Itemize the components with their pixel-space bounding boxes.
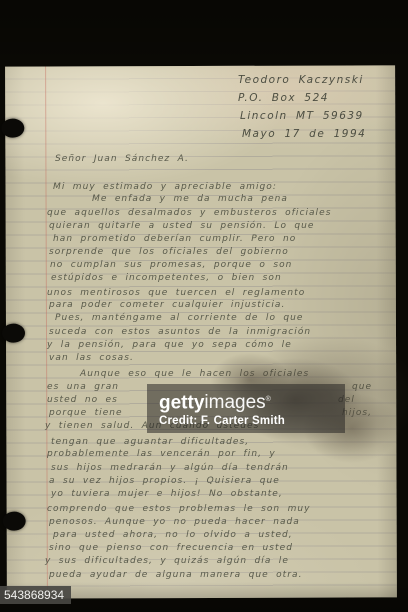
handwritten-line: probablemente las vencerán por fin, y <box>47 449 276 459</box>
handwritten-line: penosos. Aunque yo no pueda hacer nada <box>49 517 300 527</box>
handwritten-line: y la pensión, para que yo sepa cómo le <box>47 340 292 350</box>
getty-logo-regular: images <box>204 392 265 413</box>
handwritten-line: que aquellos desalmados y embusteros ofi… <box>47 208 331 218</box>
handwritten-line: no cumplan sus promesas, porque o son <box>50 260 292 270</box>
handwritten-line: tengan que aguantar dificultades, <box>51 437 249 447</box>
stock-photo-handwritten-letter: Teodoro KaczynskiP.O. Box 524Lincoln MT … <box>0 0 408 612</box>
handwritten-line: pueda ayudar de alguna manera que otra. <box>49 570 302 580</box>
handwritten-line: Pues, manténgame al corriente de lo que <box>55 313 304 323</box>
getty-logo: gettyimages® <box>159 390 345 413</box>
getty-watermark: gettyimages® Credit: F. Carter Smith <box>147 384 345 433</box>
registered-mark: ® <box>266 396 271 403</box>
letter-body: Señor Juan Sánchez A.Mi muy estimado y a… <box>0 0 408 612</box>
handwritten-line: estúpidos e incompetentes, o bien son <box>51 273 282 283</box>
handwritten-line: suceda con estos asuntos de la inmigraci… <box>49 327 311 337</box>
credit-line: Credit: F. Carter Smith <box>159 415 345 427</box>
handwritten-line: y sus dificultades, y quizás algún día l… <box>45 556 289 566</box>
handwritten-line: para usted ahora, no lo olvido a usted, <box>53 530 293 540</box>
handwritten-line: comprendo que estos problemas le son muy <box>47 504 311 514</box>
handwritten-line: van las cosas. <box>49 353 134 363</box>
getty-logo-bold: getty <box>159 392 204 413</box>
handwritten-line: han prometido deberían cumplir. Pero no <box>53 234 296 244</box>
handwritten-line: sino que pienso con frecuencia en usted <box>49 543 293 553</box>
handwritten-line: yo tuviera mujer e hijos! No obstante, <box>51 489 283 499</box>
handwritten-line: a su vez hijos propios. ¡ Quisiera que <box>49 476 280 486</box>
handwritten-line: Mi muy estimado y apreciable amigo: <box>53 182 277 192</box>
handwritten-line: sorprende que los oficiales del gobierno <box>49 247 289 257</box>
handwritten-line: usted no es <box>47 395 118 405</box>
handwritten-line: Señor Juan Sánchez A. <box>55 154 189 164</box>
handwritten-line: es una gran <box>47 382 119 392</box>
handwritten-line: Me enfada y me da mucha pena <box>92 194 288 204</box>
handwritten-line: para poder cometer cualquier injusticia. <box>49 300 285 310</box>
handwritten-line: porque tiene <box>49 408 123 418</box>
handwritten-line: que <box>352 382 372 392</box>
image-id-badge: 543868934 <box>0 586 71 604</box>
handwritten-line: unos mentirosos que tuercen el reglament… <box>47 288 305 298</box>
handwritten-line: quieran quitarle a usted su pensión. Lo … <box>49 221 315 231</box>
handwritten-line: sus hijos medrarán y algún día tendrán <box>51 463 289 473</box>
handwritten-line: Aunque eso que le hacen los oficiales <box>80 369 309 379</box>
handwritten-line: hijos, <box>342 408 372 418</box>
